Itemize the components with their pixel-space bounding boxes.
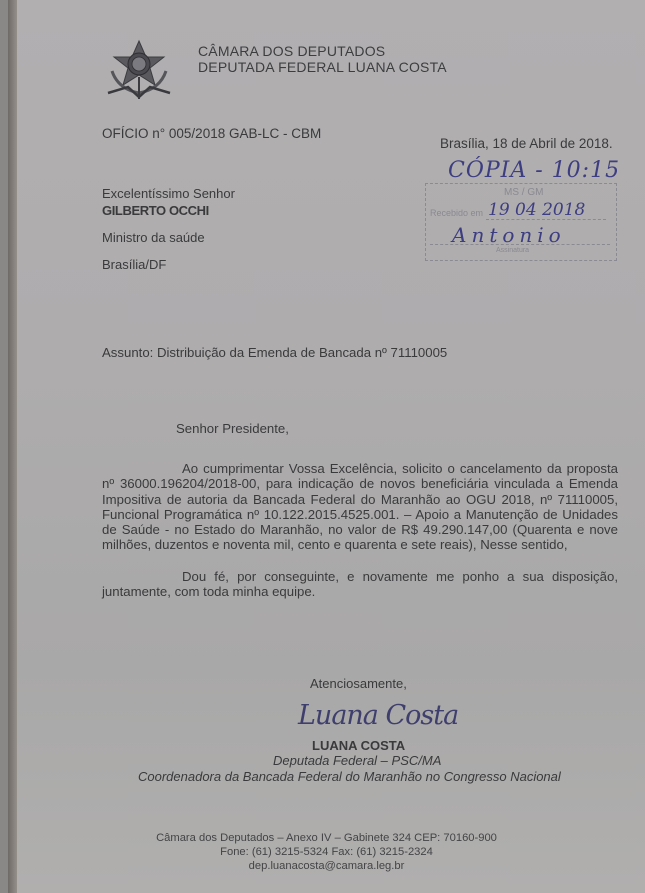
footer-phones: Fone: (61) 3215-5324 Fax: (61) 3215-2324 (8, 845, 645, 859)
document-reference: OFÍCIO n° 005/2018 GAB-LC - CBM (102, 126, 321, 141)
stamp-line (430, 244, 610, 245)
recipient-name: GILBERTO OCCHI (102, 203, 209, 218)
letterhead: CÂMARA DOS DEPUTADOS DEPUTADA FEDERAL LU… (198, 43, 447, 75)
recipient-salutation: Excelentíssimo Senhor (102, 186, 235, 201)
handwritten-copy-note: CÓPIA - 10:15 (448, 158, 620, 183)
footer: Câmara dos Deputados – Anexo IV – Gabine… (8, 831, 645, 873)
stamp-org: MS / GM (504, 187, 543, 198)
footer-address: Câmara dos Deputados – Anexo IV – Gabine… (8, 831, 645, 845)
closing: Atenciosamente, (310, 676, 407, 691)
greeting: Senhor Presidente, (176, 421, 289, 436)
recipient-location: Brasília/DF (102, 257, 166, 272)
subject-line: Assunto: Distribuição da Emenda de Banca… (102, 345, 447, 360)
footer-email[interactable]: dep.luanacosta@camara.leg.br (8, 859, 645, 873)
recipient-title: Ministro da saúde (102, 230, 205, 245)
letter-page: CÂMARA DOS DEPUTADOS DEPUTADA FEDERAL LU… (8, 0, 645, 893)
signatory-position: Coordenadora da Bancada Federal do Maran… (138, 769, 561, 784)
stamp-received-date: 19 04 2018 (488, 200, 585, 220)
body-paragraph-1: Ao cumprimentar Vossa Excelência, solici… (102, 461, 618, 553)
date-line: Brasília, 18 de Abril de 2018. (440, 136, 613, 151)
signatory-role: Deputada Federal – PSC/MA (273, 753, 441, 768)
institution-name: CÂMARA DOS DEPUTADOS (198, 43, 447, 59)
stamp-signature-label: Assinatura (496, 247, 529, 254)
reception-stamp: MS / GM Recebido em 19 04 2018 Antonio A… (425, 183, 617, 261)
body-paragraph-2: Dou fé, por conseguinte, e novamente me … (102, 569, 618, 600)
stamp-received-label: Recebido em (430, 208, 483, 218)
signatory-name: LUANA COSTA (312, 738, 405, 753)
handwritten-signature: Luana Costa (298, 700, 458, 731)
stamp-line (486, 219, 606, 220)
page-edge-shadow (8, 0, 17, 893)
office-name: DEPUTADA FEDERAL LUANA COSTA (198, 59, 447, 75)
brazil-coat-of-arms-icon (104, 37, 174, 103)
